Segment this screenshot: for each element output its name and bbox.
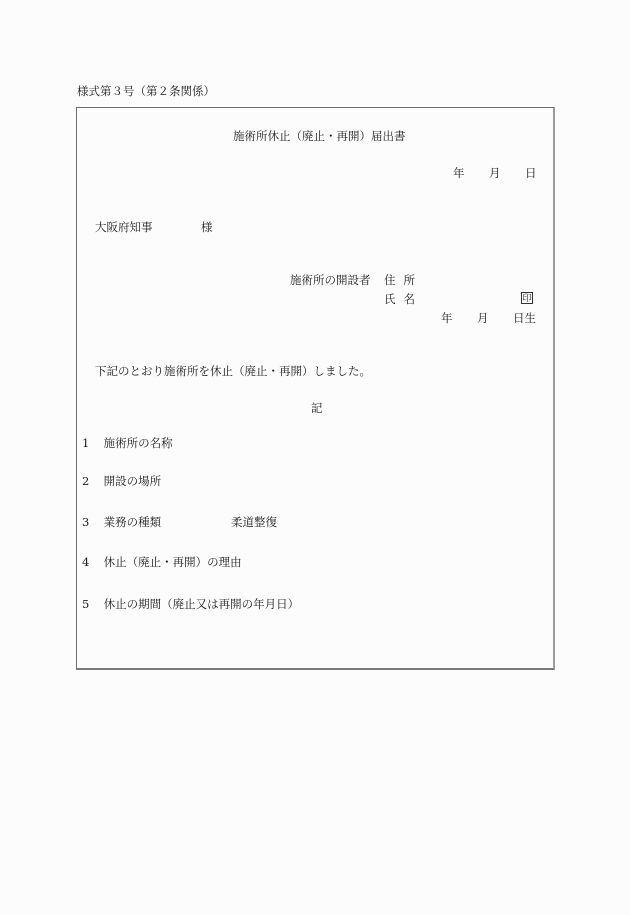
list-item: 3 業務の種類 xyxy=(82,515,161,529)
business-type-value: 柔道整復 xyxy=(231,515,277,529)
seal-icon: 印 xyxy=(521,292,533,304)
list-item: 5 休止の期間（廃止又は再開の年月日） xyxy=(82,597,299,611)
applicant-role-label: 施術所の開設者 xyxy=(290,273,371,287)
ki-heading: 記 xyxy=(311,401,323,415)
item-label: 休止（廃止・再開）の理由 xyxy=(104,555,242,569)
item-label: 業務の種類 xyxy=(104,515,162,529)
item-label: 開設の場所 xyxy=(104,474,162,488)
birth-day-label: 日生 xyxy=(513,311,536,325)
addressee: 大阪府知事 xyxy=(95,220,153,234)
list-item: 2 開設の場所 xyxy=(82,474,161,488)
item-number: 1 xyxy=(82,436,100,450)
form-frame xyxy=(76,107,555,670)
item-label: 施術所の名称 xyxy=(104,436,173,450)
list-item: 4 休止（廃止・再開）の理由 xyxy=(82,555,242,569)
item-label: 休止の期間（廃止又は再開の年月日） xyxy=(104,597,300,611)
birth-month-label: 月 xyxy=(477,311,489,325)
document-title: 施術所休止（廃止・再開）届出書 xyxy=(233,129,406,143)
form-number-label: 様式第３号（第２条関係） xyxy=(77,84,215,98)
submission-year-label: 年 xyxy=(453,166,465,180)
item-number: 2 xyxy=(82,474,100,488)
submission-month-label: 月 xyxy=(489,166,501,180)
birth-year-label: 年 xyxy=(441,311,453,325)
submission-day-label: 日 xyxy=(525,166,537,180)
address-label: 住所 xyxy=(384,273,423,287)
item-number: 3 xyxy=(82,515,100,529)
item-number: 4 xyxy=(82,555,100,569)
statement-text: 下記のとおり施術所を休止（廃止・再開）しました。 xyxy=(95,364,371,378)
honorific: 様 xyxy=(201,220,213,234)
name-label: 氏名 xyxy=(384,292,423,306)
item-number: 5 xyxy=(82,597,100,611)
list-item: 1 施術所の名称 xyxy=(82,436,173,450)
